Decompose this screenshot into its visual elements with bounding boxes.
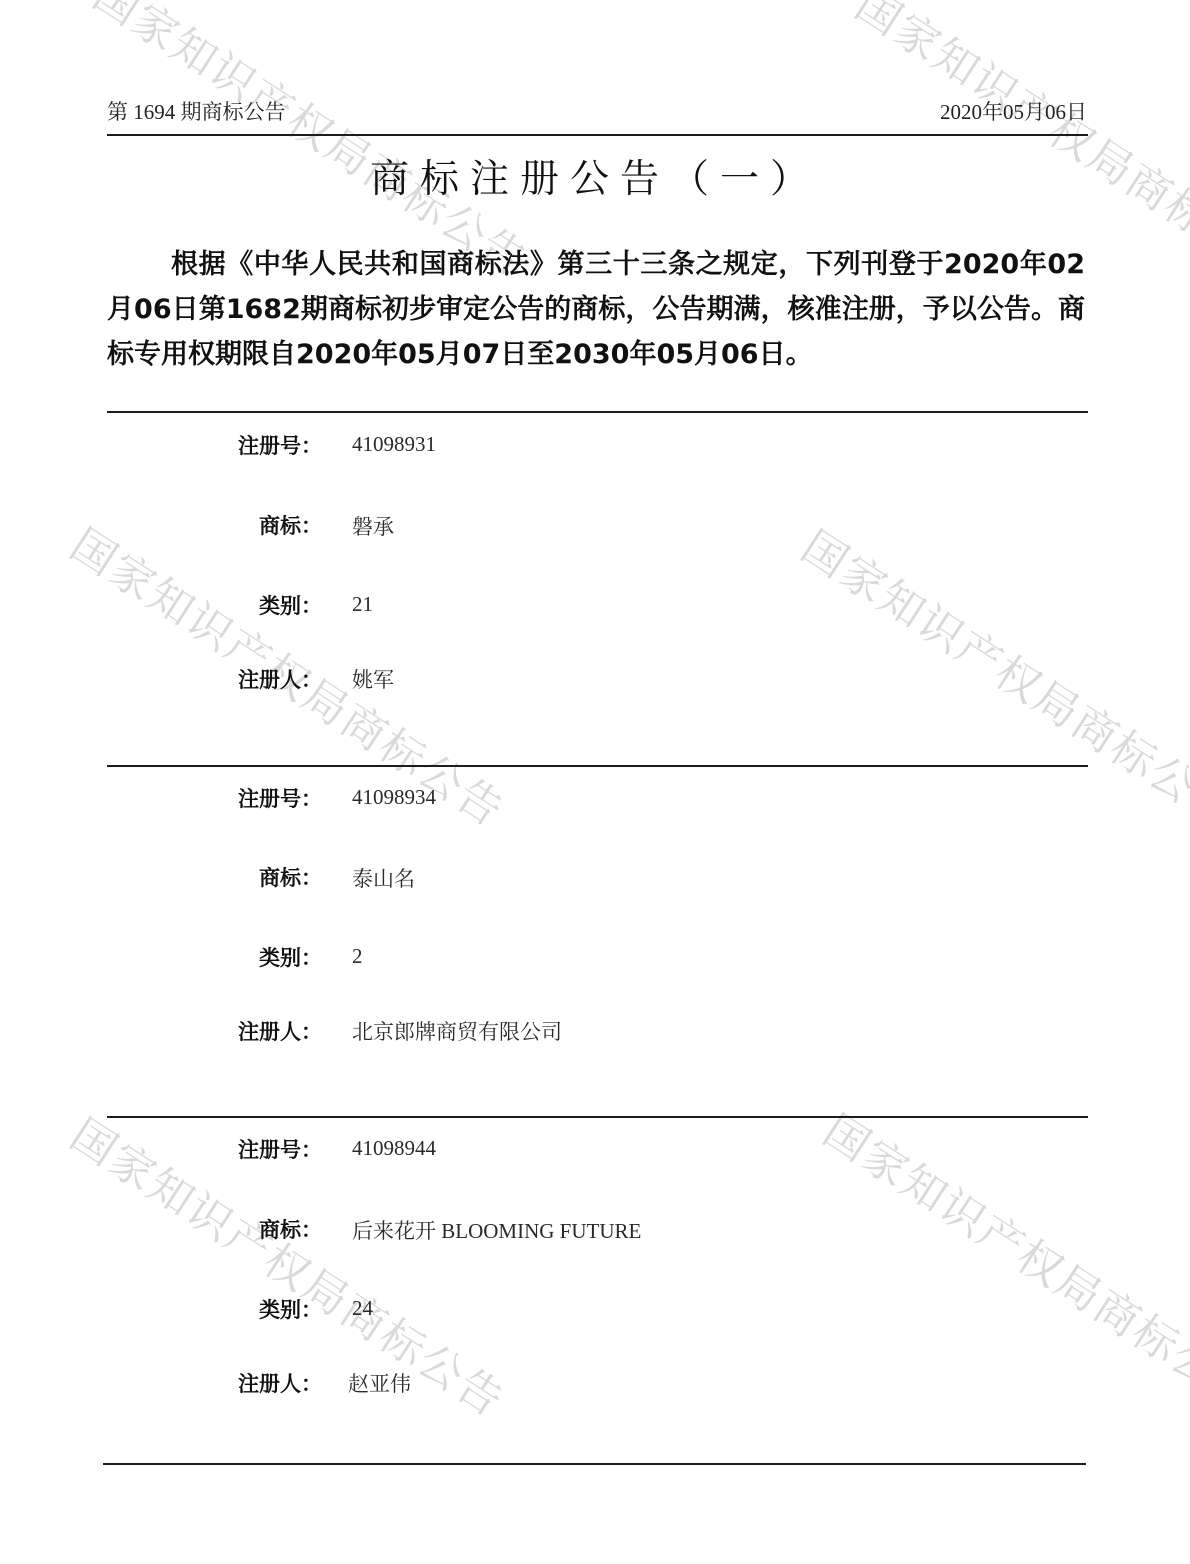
reg-no-value: 41098944 [352,1136,436,1161]
reg-no-label: 注册号： [238,783,322,813]
mark-label-box: 商标： [150,1214,322,1246]
registrant-value: 北京郎牌商贸有限公司 [352,1016,562,1046]
running-header: 第 1694 期商标公告 2020年05月06日 [107,96,1087,126]
mark-value: 磐承 [352,511,394,541]
mark-label: 商标： [259,510,322,540]
document-page: 国家知识产权局商标公告 国家知识产权局商标公告 国家知识产权局商标公告 国家知识… [0,0,1190,1564]
class-label: 类别： [259,1294,322,1324]
reg-no-label: 注册号： [238,430,322,460]
registrant-label: 注册人： [238,664,322,694]
watermark: 国家知识产权局商标公告 [791,512,1190,841]
registrant-label-box: 注册人： [150,1368,322,1400]
record-separator [107,1116,1088,1118]
record-separator [107,765,1088,767]
reg-no-value: 41098934 [352,785,436,810]
record-separator [107,411,1088,413]
registrant-label-box: 注册人： [150,664,322,696]
issue-number: 第 1694 期商标公告 [107,96,286,126]
class-value: 21 [352,592,373,617]
registrant-label: 注册人： [238,1016,322,1046]
registrant-label: 注册人： [238,1368,322,1398]
issue-date: 2020年05月06日 [940,96,1087,126]
class-value: 2 [352,944,363,969]
mark-value: 后来花开 BLOOMING FUTURE [352,1215,641,1245]
mark-label-box: 商标： [150,862,322,894]
class-label-box: 类别： [150,590,322,622]
mark-label: 商标： [259,1214,322,1244]
reg-no-label: 注册号： [238,1134,322,1164]
class-label: 类别： [259,942,322,972]
registrant-value: 赵亚伟 [348,1368,411,1398]
reg-no-label-box: 注册号： [150,783,322,815]
registrant-value: 姚军 [352,664,394,694]
class-label: 类别： [259,590,322,620]
registrant-label-box: 注册人： [150,1016,322,1048]
intro-paragraph: 根据《中华人民共和国商标法》第三十三条之规定，下列刊登于2020年02月06日第… [107,242,1085,377]
reg-no-value: 41098931 [352,432,436,457]
record-separator [103,1463,1086,1465]
reg-no-label-box: 注册号： [150,430,322,462]
watermark: 国家知识产权局商标公告 [813,1096,1190,1425]
class-value: 24 [352,1296,373,1321]
class-label-box: 类别： [150,1294,322,1326]
mark-label-box: 商标： [150,510,322,542]
reg-no-label-box: 注册号： [150,1134,322,1166]
mark-label: 商标： [259,862,322,892]
class-label-box: 类别： [150,942,322,974]
mark-value: 泰山名 [352,863,415,893]
page-title: 商标注册公告（一） [0,148,1190,204]
header-rule [107,134,1088,136]
